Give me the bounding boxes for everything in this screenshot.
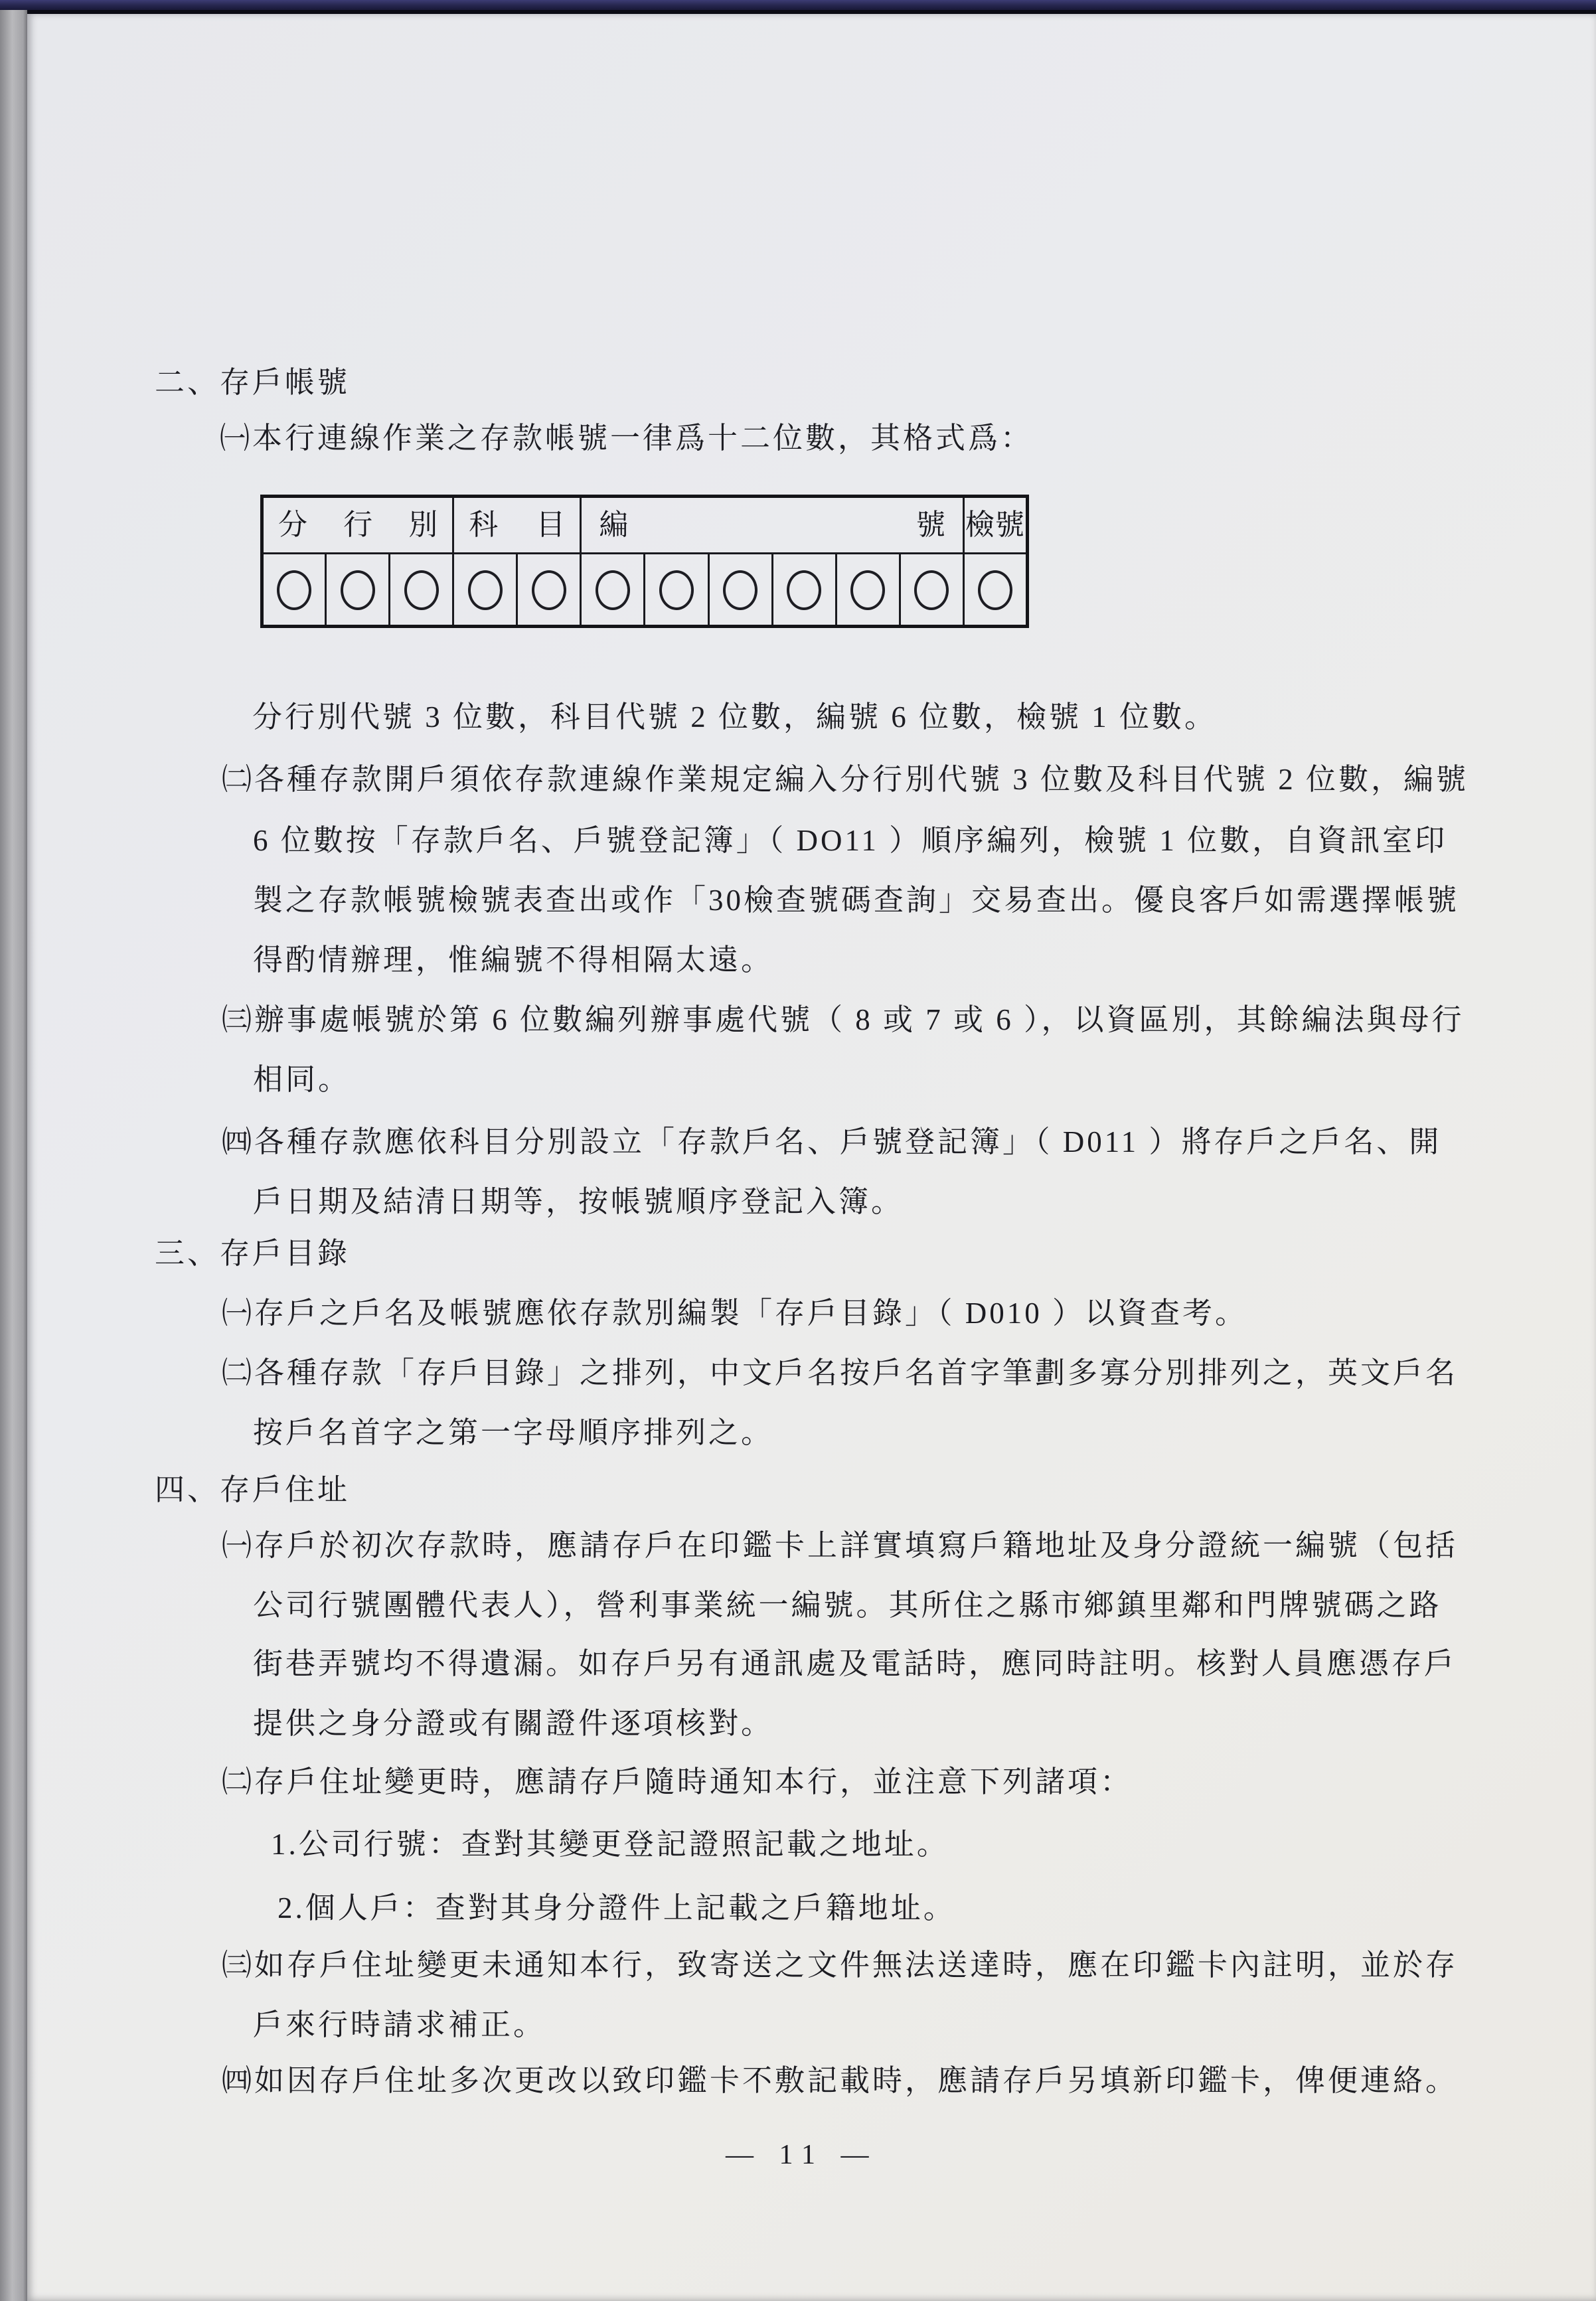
- digit-placeholder-circle: [787, 570, 821, 610]
- digit-placeholder-circle: [723, 570, 758, 610]
- table-header-subject-code: 科目: [453, 497, 581, 554]
- page-number: — 11 —: [726, 2136, 878, 2174]
- digit-cell: [708, 554, 772, 627]
- section-heading-depositor-directory: 三、存戶目錄: [155, 1235, 350, 1272]
- paragraph-line: ㈢辦事處帳號於第 6 位數編列辦事處代號（ 8 或 7 或 6 ），以資區別，其…: [222, 1001, 1465, 1038]
- table-header-branch-code: 分行別: [262, 497, 453, 554]
- digit-cell: [900, 554, 963, 627]
- paragraph-line: ㈠存戶於初次存款時，應請存戶在印鑑卡上詳實填寫戶籍地址及身分證統一編號（包括: [222, 1527, 1458, 1564]
- numbered-subitem-line: 1.公司行號：查對其變更登記證照記載之地址。: [271, 1826, 949, 1863]
- digit-cell: [963, 554, 1027, 627]
- paragraph-line: 戶日期及結清日期等，按帳號順序登記入簿。: [253, 1183, 904, 1220]
- paragraph-line: 提供之身分證或有關證件逐項核對。: [253, 1705, 773, 1742]
- paragraph-line: 得酌情辦理，惟編號不得相隔太遠。: [253, 941, 773, 979]
- digit-placeholder-row: [262, 554, 1028, 627]
- numbered-subitem-line: 2.個人戶：查對其身分證件上記載之戶籍地址。: [278, 1889, 956, 1927]
- paragraph-line: ㈣如因存戶住址多次更改以致印鑑卡不敷記載時，應請存戶另填新印鑑卡，俾便連絡。: [222, 2062, 1458, 2099]
- digit-cell: [390, 554, 453, 627]
- digit-cell: [326, 554, 390, 627]
- digit-placeholder-circle: [850, 570, 885, 610]
- digit-cell: [517, 554, 581, 627]
- digit-placeholder-circle: [978, 570, 1012, 610]
- digit-cell: [581, 554, 645, 627]
- table-header-row: 分行別 科目 編 號 檢號: [262, 497, 1028, 554]
- paragraph-line: 街巷弄號均不得遺漏。如存戶另有通訊處及電話時，應同時註明。核對人員應憑存戶: [253, 1645, 1457, 1682]
- paragraph-line: 6 位數按「存款戶名、戶號登記簿」（ DO11 ）順序編列，檢號 1 位數，自資…: [253, 822, 1447, 859]
- digit-placeholder-circle: [532, 570, 566, 610]
- digit-cell: [772, 554, 836, 627]
- paragraph-line: 戶來行時請求補正。: [253, 2006, 546, 2043]
- section-heading-account-number: 二、存戶帳號: [155, 364, 350, 401]
- digit-cell: [453, 554, 517, 627]
- digit-placeholder-circle: [277, 570, 311, 610]
- digit-placeholder-circle: [659, 570, 694, 610]
- section-heading-depositor-address: 四、存戶住址: [155, 1471, 350, 1508]
- digit-placeholder-circle: [341, 570, 375, 610]
- account-number-format-table: 分行別 科目 編 號 檢號: [260, 495, 1029, 628]
- digit-cell: [836, 554, 900, 627]
- paragraph-line: ㈠存戶之戶名及帳號應依存款別編製「存戶目錄」（ D010 ）以資查考。: [222, 1295, 1247, 1332]
- paragraph-line: 分行別代號 3 位數，科目代號 2 位數，編號 6 位數，檢號 1 位數。: [252, 698, 1217, 736]
- scanned-manual-page: { "page": { "page_number": "— 11 —", "pa…: [0, 0, 1596, 2301]
- table-header-check-digit: 檢號: [963, 497, 1027, 554]
- paragraph-line: 製之存款帳號檢號表查出或作「30檢查號碼查詢」交易查出。優良客戶如需選擇帳號: [253, 882, 1459, 919]
- table-header-subject-code-label: 科目: [454, 507, 580, 544]
- paragraph-line: ㈡各種存款「存戶目錄」之排列，中文戶名按戶名首字筆劃多寡分別排列之，英文戶名: [222, 1354, 1458, 1391]
- paragraph-line: ㈡存戶住址變更時，應請存戶隨時通知本行，並注意下列諸項：: [222, 1763, 1133, 1800]
- table-header-branch-code-label: 分行別: [264, 507, 452, 544]
- digit-placeholder-circle: [914, 570, 949, 610]
- table-header-serial-number: 編 號: [581, 497, 963, 554]
- digit-placeholder-circle: [596, 570, 630, 610]
- digit-placeholder-circle: [468, 570, 503, 610]
- paragraph-line: ㈢如存戶住址變更未通知本行，致寄送之文件無法送達時，應在印鑑卡內註明，並於存: [222, 1946, 1458, 1984]
- paragraph-line: 按戶名首字之第一字母順序排列之。: [253, 1414, 773, 1451]
- serial-number-label-left: 編: [599, 507, 628, 544]
- page-content: 二、存戶帳號 ㈠本行連線作業之存款帳號一律爲十二位數，其格式爲： 分行別 科目 …: [0, 0, 1596, 2301]
- paragraph-line: 相同。: [253, 1061, 351, 1098]
- serial-number-label-right: 號: [916, 507, 945, 544]
- paragraph-line: 公司行號團體代表人），營利事業統一編號。其所住之縣市鄉鎮里鄰和門牌號碼之路: [253, 1587, 1442, 1624]
- paragraph-line: ㈡各種存款開戶須依存款連線作業規定編入分行別代號 3 位數及科目代號 2 位數，…: [222, 761, 1469, 798]
- paragraph-line: ㈣各種存款應依科目分別設立「存款戶名、戶號登記簿」（ D011 ）將存戶之戶名、…: [222, 1123, 1441, 1160]
- digit-cell: [262, 554, 326, 627]
- digit-placeholder-circle: [404, 570, 439, 610]
- paragraph-line: ㈠本行連線作業之存款帳號一律爲十二位數，其格式爲：: [220, 420, 1033, 457]
- digit-cell: [645, 554, 708, 627]
- table-header-check-digit-label: 檢號: [965, 507, 1026, 544]
